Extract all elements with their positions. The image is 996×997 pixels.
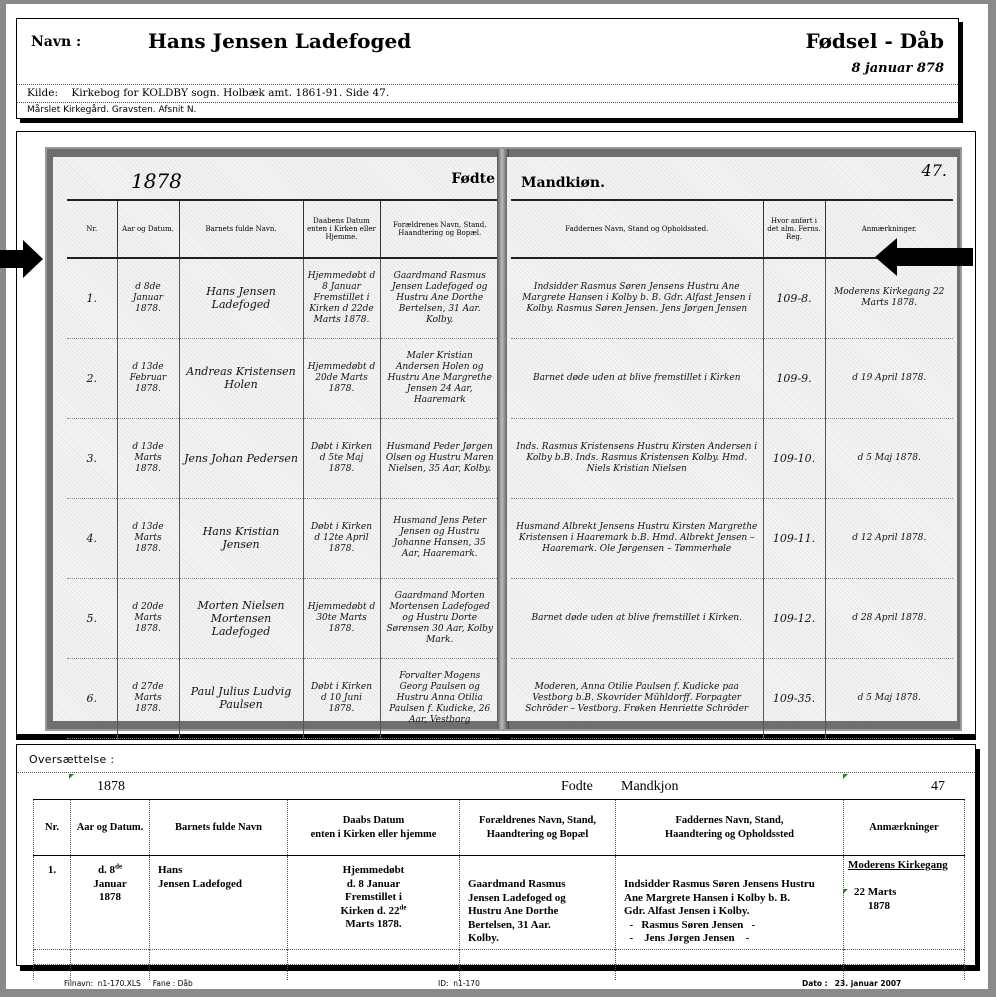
scan-row: Moderen, Anna Otilie Paulsen f. Kudicke … <box>511 658 953 738</box>
scan-row: 2.d 13de Februar 1878.Andreas Kristensen… <box>67 338 499 418</box>
table-row-empty <box>34 950 965 965</box>
scan-page-left: 1878 Fødte Nr.Aar og Datum.Barnets fulde… <box>53 157 499 721</box>
document-sheet: Navn : Hans Jensen Ladefoged Fødsel - Då… <box>6 4 988 989</box>
comment-marker-icon[interactable] <box>843 889 848 894</box>
column-header: Aar og Datum. <box>71 800 150 856</box>
entry-date: d. 8de Januar 1878 <box>71 856 150 950</box>
scan-cell-parents: Forvalter Mogens Georg Paulsen og Hustru… <box>380 658 499 738</box>
entry-notes: Moderens Kirkegang 22 Marts 1878 <box>844 856 965 950</box>
column-header: Faddernes Navn, Stand,Haandtering og Oph… <box>616 800 844 856</box>
scan-column-header: Faddernes Navn, Stand og Opholdssted. <box>511 200 763 258</box>
entry-child-name: Hans Jensen Ladefoged <box>150 856 288 950</box>
scan-cell-baptism: Hjemmedøbt d 30te Marts 1878. <box>303 578 380 658</box>
scan-cell-date: d 13de Marts 1878. <box>117 418 179 498</box>
scan-cell-nr: 2. <box>67 338 117 418</box>
scan-column-header: Forældrenes Navn, Stand, Haandtering og … <box>380 200 499 258</box>
scan-cell-child: Jens Johan Pedersen <box>179 418 303 498</box>
column-header: Nr. <box>34 800 71 856</box>
scan-row: 6.d 27de Marts 1878.Paul Julius Ludvig P… <box>67 658 499 738</box>
scan-row: 1.d 8de Januar 1878.Hans Jensen Ladefoge… <box>67 258 499 338</box>
scan-cell-nr: 1. <box>67 258 117 338</box>
scan-cell-parents: Husmand Jens Peter Jensen og Hustru Joha… <box>380 498 499 578</box>
entry-baptism: Hjemmedøbt d. 8 Januar Fremstillet i Kir… <box>288 856 460 950</box>
scan-cell-notes: d 28 April 1878. <box>825 578 953 658</box>
column-header: Anmærkninger <box>844 800 965 856</box>
scan-cell-sponsors: Barnet døde uden at blive fremstillet i … <box>511 578 763 658</box>
scan-cell-date: d 27de Marts 1878. <box>117 658 179 738</box>
source-line: Kilde: Kirkebog for KOLDBY sogn. Holbæk … <box>27 87 389 99</box>
column-header: Forældrenes Navn, Stand,Haandtering og B… <box>460 800 616 856</box>
column-header: Daabs Datumenten i Kirken eller hjemme <box>288 800 460 856</box>
translation-born-label: Fodte <box>561 779 593 795</box>
scan-cell-baptism: Døbt i Kirken d 12te April 1878. <box>303 498 380 578</box>
scan-cell-child: Hans Jensen Ladefoged <box>179 258 303 338</box>
notes-heading: Moderens Kirkegang <box>848 859 948 871</box>
scan-cell-child: Hans Kristian Jensen <box>179 498 303 578</box>
scan-cell-nr: 4. <box>67 498 117 578</box>
comment-marker-icon[interactable] <box>843 774 848 779</box>
translation-gender-label: Mandkjon <box>621 779 679 795</box>
church-book-scan: 1878 Fødte Nr.Aar og Datum.Barnets fulde… <box>45 147 962 731</box>
footer-date: Dato : 23. januar 2007 <box>802 979 901 988</box>
scan-cell-notes: d 19 April 1878. <box>825 338 953 418</box>
entry-nr: 1. <box>34 856 71 950</box>
divider <box>17 772 975 773</box>
scan-column-header: Barnets fulde Navn. <box>179 200 303 258</box>
scan-right-title: Mandkiøn. <box>521 175 605 191</box>
scan-cell-sponsors: Husmand Albrekt Jensens Hustru Kirsten M… <box>511 498 763 578</box>
column-header: Barnets fulde Navn <box>150 800 288 856</box>
scan-cell-reg: 109-11. <box>763 498 825 578</box>
scan-cell-baptism: Døbt i Kirken d 10 Juni 1878. <box>303 658 380 738</box>
divider <box>17 102 958 103</box>
scan-row: Inds. Rasmus Kristensens Hustru Kirsten … <box>511 418 953 498</box>
header-panel: Navn : Hans Jensen Ladefoged Fødsel - Då… <box>16 18 959 119</box>
scan-row: 5.d 20de Marts 1878.Morten Nielsen Morte… <box>67 578 499 658</box>
scan-row: 4.d 13de Marts 1878.Hans Kristian Jensen… <box>67 498 499 578</box>
entry-sponsors: Indsidder Rasmus Søren Jensens Hustru An… <box>616 856 844 950</box>
scan-row: Barnet døde uden at blive fremstillet i … <box>511 578 953 658</box>
grave-info: Mårslet Kirkegård. Gravsten. Afsnit N. <box>27 105 196 115</box>
scan-cell-date: d 13de Marts 1878. <box>117 498 179 578</box>
scan-column-header: Hvor anført i det alm. Ferns. Reg. <box>763 200 825 258</box>
comment-marker-icon[interactable] <box>69 774 74 779</box>
scan-column-header: Aar og Datum. <box>117 200 179 258</box>
scan-cell-notes: d 5 Maj 1878. <box>825 418 953 498</box>
translation-table: Nr.Aar og Datum.Barnets fulde NavnDaabs … <box>33 799 965 980</box>
scan-panel: 1878 Fødte Nr.Aar og Datum.Barnets fulde… <box>16 131 976 735</box>
scan-cell-parents: Gaardmand Rasmus Jensen Ladefoged og Hus… <box>380 258 499 338</box>
scan-cell-sponsors: Barnet døde uden at blive fremstillet i … <box>511 338 763 418</box>
scan-cell-date: d 8de Januar 1878. <box>117 258 179 338</box>
scan-cell-reg: 109-9. <box>763 338 825 418</box>
scan-cell-parents: Gaardmand Morten Mortensen Ladefoged og … <box>380 578 499 658</box>
scan-cell-child: Andreas Kristensen Holen <box>179 338 303 418</box>
source-label: Kilde: <box>27 87 58 99</box>
scan-cell-sponsors: Inds. Rasmus Kristensens Hustru Kirsten … <box>511 418 763 498</box>
scan-cell-parents: Husmand Peder Jørgen Olsen og Hustru Mar… <box>380 418 499 498</box>
scan-cell-baptism: Hjemmedøbt d 20de Marts 1878. <box>303 338 380 418</box>
scan-cell-child: Paul Julius Ludvig Paulsen <box>179 658 303 738</box>
scan-cell-nr: 6. <box>67 658 117 738</box>
scan-cell-sponsors: Indsidder Rasmus Søren Jensens Hustru An… <box>511 258 763 338</box>
scan-row: Husmand Albrekt Jensens Hustru Kirsten M… <box>511 498 953 578</box>
scan-column-header: Daabens Datum enten i Kirken eller Hjemm… <box>303 200 380 258</box>
scan-cell-nr: 5. <box>67 578 117 658</box>
table-row-empty <box>34 965 965 980</box>
scan-cell-baptism: Hjemmedøbt d 8 Januar Fremstillet i Kirk… <box>303 258 380 338</box>
entry-parents: Gaardmand Rasmus Jensen Ladefoged og Hus… <box>460 856 616 950</box>
scan-cell-sponsors: Moderen, Anna Otilie Paulsen f. Kudicke … <box>511 658 763 738</box>
scan-left-title: Fødte <box>451 171 495 187</box>
scan-cell-date: d 20de Marts 1878. <box>117 578 179 658</box>
scan-cell-baptism: Døbt i Kirken d 5te Maj 1878. <box>303 418 380 498</box>
translation-panel: Oversættelse : 1878 Fodte Mandkjon 47 Nr… <box>16 744 976 966</box>
scan-cell-parents: Maler Kristian Andersen Holen og Hustru … <box>380 338 499 418</box>
translation-label: Oversættelse : <box>29 753 114 766</box>
record-type: Fødsel - Dåb <box>805 29 944 53</box>
scan-cell-reg: 109-10. <box>763 418 825 498</box>
footer-filename: Filnavn: n1-170.XLS Fane : Dåb <box>64 979 193 988</box>
divider <box>17 84 958 85</box>
scan-row: 3.d 13de Marts 1878.Jens Johan PedersenD… <box>67 418 499 498</box>
scan-cell-notes: d 12 April 1878. <box>825 498 953 578</box>
person-name: Hans Jensen Ladefoged <box>148 29 411 53</box>
scan-page-number: 47. <box>922 161 947 180</box>
translation-year: 1878 <box>97 779 125 795</box>
scan-cell-date: d 13de Februar 1878. <box>117 338 179 418</box>
scan-table-left: Nr.Aar og Datum.Barnets fulde Navn.Daabe… <box>67 199 499 739</box>
scan-cell-notes: d 5 Maj 1878. <box>825 658 953 738</box>
translation-page: 47 <box>931 779 945 795</box>
scan-cell-reg: 109-8. <box>763 258 825 338</box>
scan-year: 1878 <box>131 169 182 193</box>
record-date: 8 januar 878 <box>851 61 944 76</box>
scan-column-header: Nr. <box>67 200 117 258</box>
table-row: 1. d. 8de Januar 1878 Hans Jensen Ladefo… <box>34 856 965 950</box>
scan-table-right: Faddernes Navn, Stand og Opholdssted.Hvo… <box>511 199 953 739</box>
name-label: Navn : <box>31 34 81 50</box>
source-text: Kirkebog for KOLDBY sogn. Holbæk amt. 18… <box>71 87 389 99</box>
footer-id: ID: n1-170 <box>438 979 480 988</box>
scan-cell-child: Morten Nielsen Mortensen Ladefoged <box>179 578 303 658</box>
scan-cell-reg: 109-12. <box>763 578 825 658</box>
scan-cell-nr: 3. <box>67 418 117 498</box>
scan-cell-reg: 109-35. <box>763 658 825 738</box>
scan-row: Barnet døde uden at blive fremstillet i … <box>511 338 953 418</box>
